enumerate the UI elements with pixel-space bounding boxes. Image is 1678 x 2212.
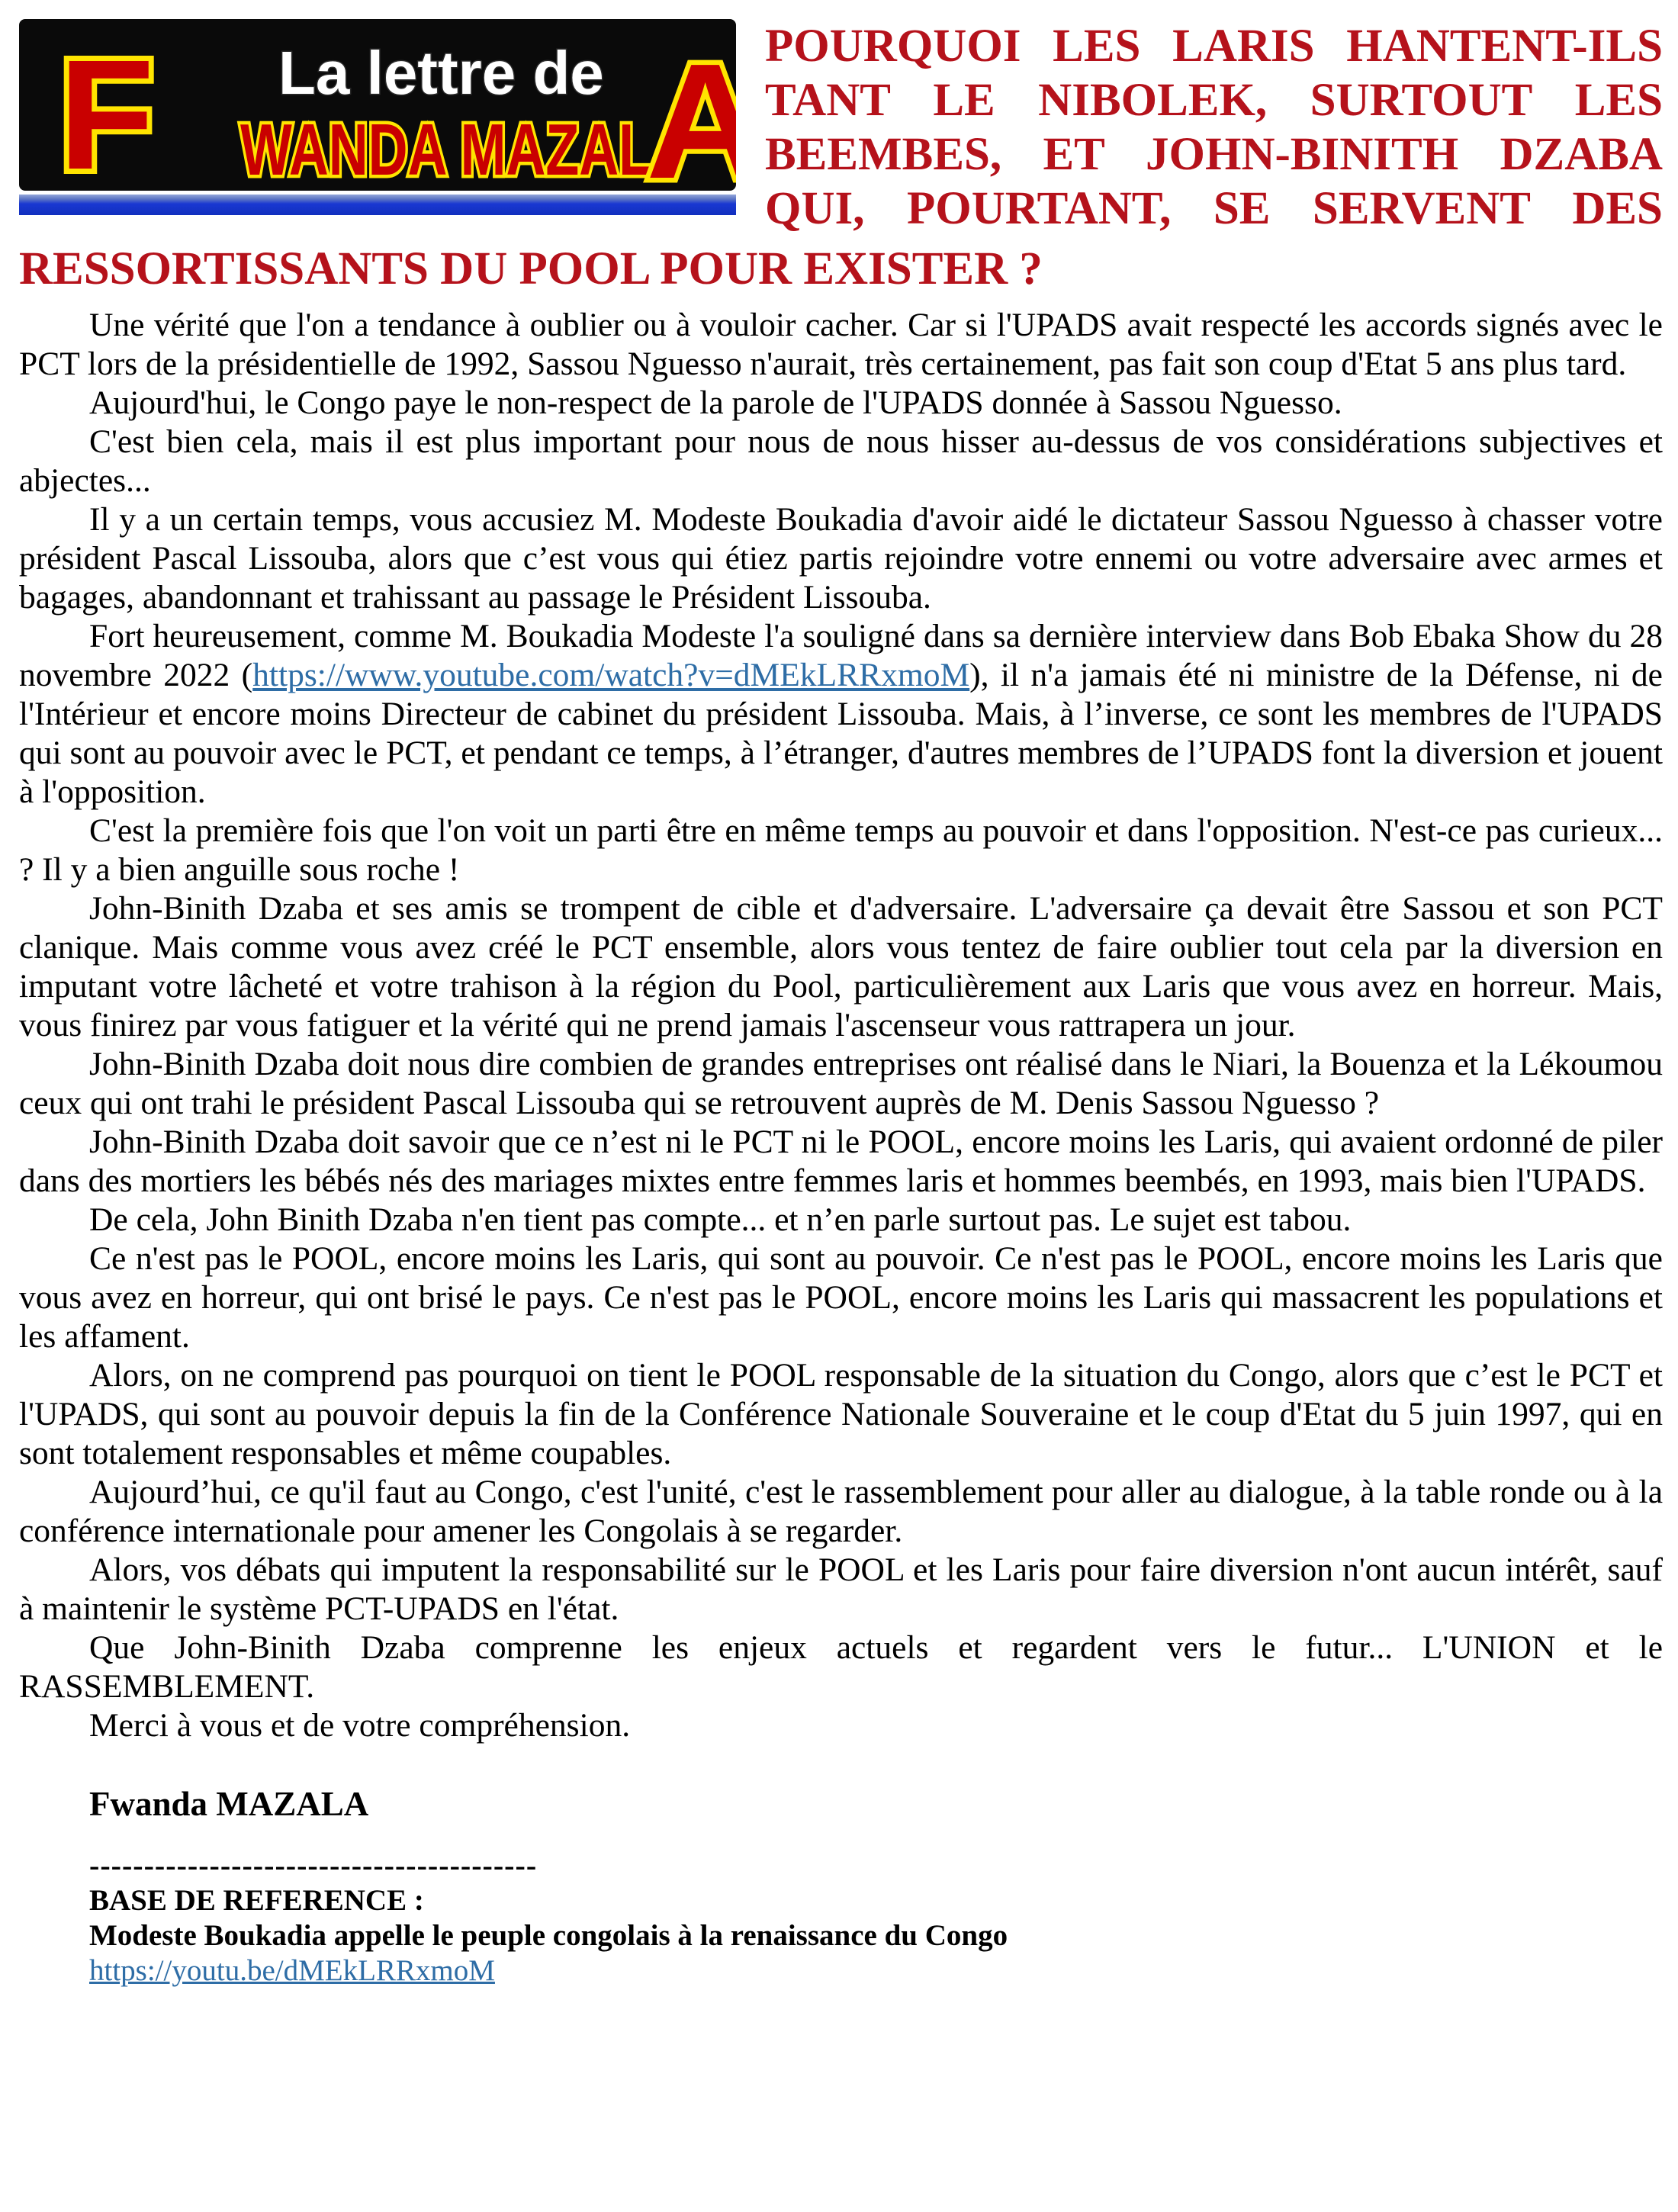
paragraph-12: Alors, on ne comprend pas pourquoi on ti… (19, 1356, 1663, 1473)
reference-title: Modeste Boukadia appelle le peuple congo… (89, 1918, 1661, 1953)
newsletter-page: F La lettre de WANDA MAZAL A POURQUOI LE… (0, 0, 1678, 1989)
logo-graphic: F La lettre de WANDA MAZAL A (19, 19, 736, 191)
logo-top-text: La lettre de (278, 39, 604, 107)
headline-line-2: TANT LE NIBOLEK, SURTOUT LES (765, 73, 1663, 127)
masthead: F La lettre de WANDA MAZAL A POURQUOI LE… (19, 19, 1661, 286)
logo-letter-a: A (646, 29, 736, 191)
paragraph-8: John-Binith Dzaba doit nous dire combien… (19, 1045, 1663, 1123)
signature: Fwanda MAZALA (89, 1785, 1661, 1824)
paragraph-13: Aujourd’hui, ce qu'il faut au Congo, c'e… (19, 1473, 1663, 1551)
newsletter-logo: F La lettre de WANDA MAZAL A (19, 19, 740, 215)
paragraph-11: Ce n'est pas le POOL, encore moins les L… (19, 1239, 1663, 1356)
paragraph-16: Merci à vous et de votre compréhension. (19, 1706, 1663, 1745)
headline: POURQUOI LES LARIS HANTENT-ILS TANT LE N… (765, 19, 1663, 236)
headline-line-4: QUI, POURTANT, SE SERVENT DES (765, 182, 1663, 236)
article-body: Une vérité que l'on a tendance à oublier… (19, 306, 1663, 1745)
paragraph-4: Il y a un certain temps, vous accusiez M… (19, 500, 1663, 617)
paragraph-6: C'est la première fois que l'on voit un … (19, 812, 1663, 889)
reference-heading: BASE DE REFERENCE : (89, 1883, 1661, 1918)
logo-letter-f: F (59, 27, 154, 191)
paragraph-9: John-Binith Dzaba doit savoir que ce n’e… (19, 1123, 1663, 1201)
paragraph-14: Alors, vos débats qui imputent la respon… (19, 1551, 1663, 1628)
reference-youtube-link[interactable]: https://youtu.be/dMEkLRRxmoM (89, 1953, 495, 1989)
paragraph-2: Aujourd'hui, le Congo paye le non-respec… (19, 384, 1663, 423)
paragraph-15: Que John-Binith Dzaba comprenne les enje… (19, 1628, 1663, 1706)
logo-blue-bar (19, 195, 736, 215)
youtube-watch-link[interactable]: https://www.youtube.com/watch?v=dMEkLRRx… (252, 657, 969, 693)
headline-line-5: RESSORTISSANTS DU POOL POUR EXISTER ? (19, 242, 1663, 296)
headline-line-1: POURQUOI LES LARIS HANTENT-ILS (765, 19, 1663, 73)
paragraph-5: Fort heureusement, comme M. Boukadia Mod… (19, 617, 1663, 812)
headline-line-3: BEEMBES, ET JOHN-BINITH DZABA (765, 127, 1663, 182)
paragraph-1: Une vérité que l'on a tendance à oublier… (19, 306, 1663, 384)
paragraph-10: De cela, John Binith Dzaba n'en tient pa… (19, 1201, 1663, 1239)
paragraph-3: C'est bien cela, mais il est plus import… (19, 423, 1663, 500)
divider-dashes: ----------------------------------------… (89, 1848, 1661, 1883)
logo-bottom-text: WANDA MAZAL (240, 109, 652, 191)
paragraph-7: John-Binith Dzaba et ses amis se trompen… (19, 889, 1663, 1045)
